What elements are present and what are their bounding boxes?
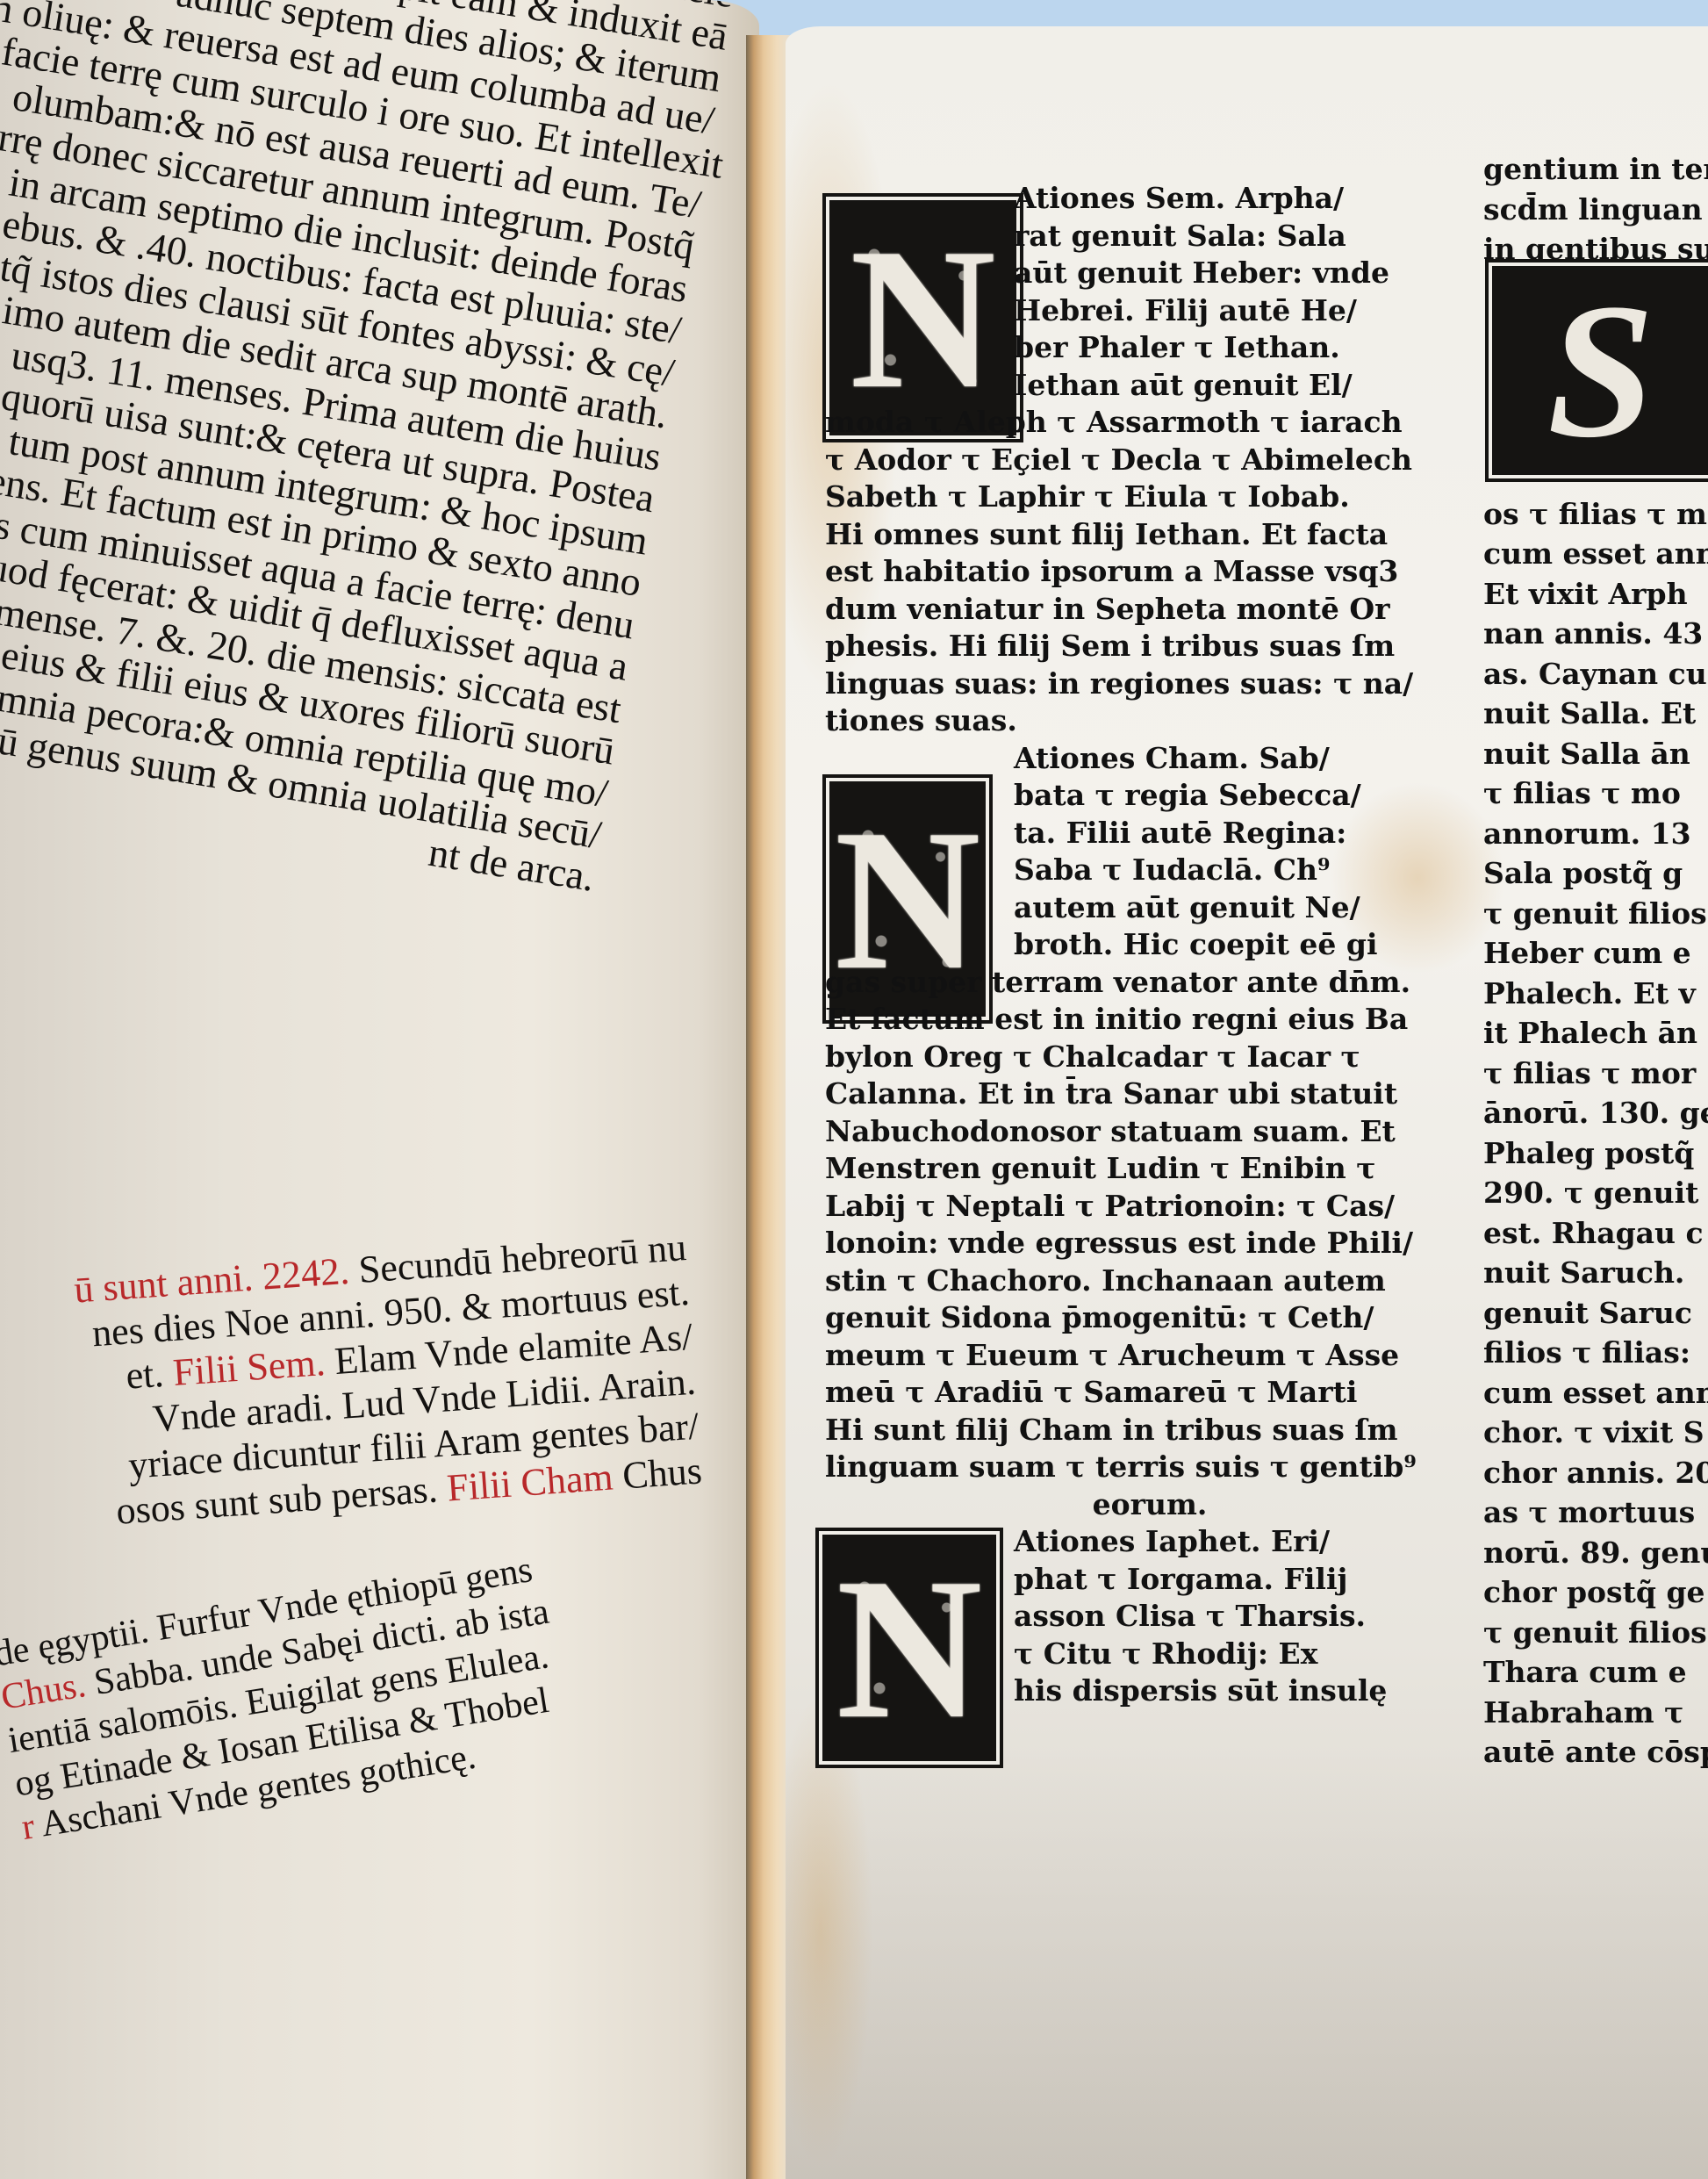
text-line: Hi omnes sunt filij Iethan. Et facta	[825, 516, 1369, 554]
text-line: τ genuit filios	[1483, 1613, 1708, 1653]
text-line: τ genuit filios	[1483, 894, 1708, 934]
text-line: asson Clisa τ Tharsis.	[825, 1598, 1369, 1636]
left-page-upper-text: aqua erat super omnem faciē arca: Noe ac…	[0, 0, 737, 899]
text-line: Menstren genuit Ludin τ Enibin τ	[825, 1150, 1369, 1188]
text-line: Sala postq̃ g	[1483, 853, 1708, 894]
text-line: 290. τ genuit f	[1483, 1173, 1708, 1213]
text-line: norū. 89. genu	[1483, 1533, 1708, 1573]
main-text-column: Ationes Sem. Arpha/ rat genuit Sala: Sal…	[825, 180, 1369, 1710]
text-line: nuit Salla ān	[1483, 734, 1708, 774]
text-line: stin τ Chachoro. Inchanaan autem	[825, 1262, 1369, 1300]
text-line: as. Caynan cu	[1483, 654, 1708, 694]
text-line: aūt genuit Heber: vnde	[825, 255, 1369, 292]
text-line: phesis. Hi filij Sem i tribus suas ſm	[825, 628, 1369, 665]
rubric-text: Filii Cham	[446, 1455, 614, 1509]
text-line: chor. τ vixit S	[1483, 1413, 1708, 1453]
text-line: Iethan aūt genuit El/	[825, 367, 1369, 405]
text-line: cum esset ann	[1483, 1373, 1708, 1413]
text-line: genuit Saruc	[1483, 1293, 1708, 1334]
text-line: est. Rhagau c	[1483, 1213, 1708, 1254]
text-line: moda τ Aleph τ Assarmoth τ iarach	[825, 404, 1369, 442]
text-line: ānorū. 130. ge	[1483, 1093, 1708, 1133]
foxing-stain	[786, 1694, 873, 2168]
text-span: et.	[125, 1351, 175, 1398]
text-line: Ationes Sem. Arpha/	[825, 180, 1369, 218]
text-line: Phaleg postq̃	[1483, 1133, 1708, 1174]
text-line: Phalech. Et v	[1483, 974, 1708, 1014]
text-line: Thara cum e	[1483, 1652, 1708, 1693]
text-line: dum veniatur in Sepheta montē Or	[825, 591, 1369, 629]
initial-letter: S	[1496, 270, 1706, 471]
text-line: annorum. 13	[1483, 814, 1708, 854]
text-line: Saba τ Iudaclā. Ch⁹	[825, 852, 1369, 889]
text-line: gentium in ter	[1483, 149, 1708, 190]
text-line: gas super terram venator ante dn̄m.	[825, 964, 1369, 1002]
text-line: bata τ regia Sebecca/	[825, 777, 1369, 815]
text-line: nan annis. 43	[1483, 614, 1708, 654]
text-line: genuit Sidona p̄mogenitū: τ Ceth/	[825, 1299, 1369, 1337]
text-line: chor postq̃ ge	[1483, 1572, 1708, 1613]
text-line: bylon Oreg τ Chalcadar τ Iacar τ	[825, 1039, 1369, 1076]
text-line: broth. Hic coepit eē gi	[825, 926, 1369, 964]
text-line: his dispersis sūt insulę	[825, 1672, 1369, 1710]
text-line: lonoin: vnde egressus est inde Phili/	[825, 1225, 1369, 1262]
text-line: Ationes Iaphet. Eri/	[825, 1523, 1369, 1561]
text-line: ber Phaler τ Iethan.	[825, 329, 1369, 367]
text-line: autē ante cōsp	[1483, 1732, 1708, 1773]
text-line: Calanna. Et in t̄ra Sanar ubi statuit	[825, 1075, 1369, 1113]
text-line: Ationes Cham. Sab/	[825, 740, 1369, 778]
left-page-bottom-text: de ęgyptii. Furfur Vnde ęthiopū gens Chu…	[0, 1528, 685, 1850]
text-span: Chus	[612, 1449, 704, 1498]
text-line: τ Citu τ Rhodij: Ex	[825, 1636, 1369, 1673]
text-line: est habitatio ipsorum a Masse vsq3	[825, 553, 1369, 591]
text-line: linguas suas: in regiones suas: τ na/	[825, 665, 1369, 703]
text-line: tiones suas.	[825, 702, 1369, 740]
text-line: Nabuchodonosor statuam suam. Et	[825, 1113, 1369, 1151]
text-line: τ filias τ mor	[1483, 1054, 1708, 1094]
text-line: filios τ filias:	[1483, 1333, 1708, 1373]
text-line: Heber cum e	[1483, 933, 1708, 974]
text-line: nuit Saruch.	[1483, 1253, 1708, 1293]
text-line: τ filias τ mo	[1483, 773, 1708, 814]
text-line: Sabeth τ Laphir τ Eiula τ Iobab.	[825, 478, 1369, 516]
left-page-lower-text: ū sunt anni. 2242. Secundū hebreorū nu n…	[0, 1225, 703, 1542]
text-line: it Phalech ān	[1483, 1013, 1708, 1054]
text-line: Hebrei. Filij autē He/	[825, 292, 1369, 330]
text-line: autem aūt genuit Ne/	[825, 889, 1369, 927]
text-line: rat genuit Sala: Sala	[825, 218, 1369, 255]
left-page: aqua erat super omnem faciē arca: Noe ac…	[0, 0, 759, 2179]
text-line: meum τ Eueum τ Arucheum τ Asse	[825, 1337, 1369, 1375]
text-line: cum esset ann	[1483, 534, 1708, 574]
text-line: τ Aodor τ Eçiel τ Decla τ Abimelech	[825, 442, 1369, 479]
text-line: Hi sunt filij Cham in tribus suas ſm	[825, 1412, 1369, 1449]
text-line: Et vixit Arph	[1483, 574, 1708, 615]
text-line: as τ mortuus	[1483, 1492, 1708, 1533]
text-line: meū τ Aradiū τ Samareū τ Marti	[825, 1374, 1369, 1412]
text-line: Habraham τ	[1483, 1693, 1708, 1733]
text-line: ta. Filii autē Regina:	[825, 815, 1369, 852]
text-line: linguam suam τ terris suis τ gentib⁹	[825, 1449, 1369, 1486]
woodcut-initial-s: S	[1492, 266, 1708, 475]
book-gutter	[746, 35, 790, 2179]
text-line: chor annis. 20	[1483, 1453, 1708, 1493]
text-line: Labij τ Neptali τ Patrionoin: τ Cas/	[825, 1188, 1369, 1226]
text-line: nuit Salla. Et	[1483, 694, 1708, 734]
text-line: scd̄m linguan	[1483, 190, 1708, 230]
text-line: eorum.	[825, 1486, 1369, 1524]
text-line: os τ filias τ m	[1483, 494, 1708, 535]
right-page: N N N Ationes Sem. Arpha/ rat genuit Sal…	[786, 26, 1708, 2179]
text-line: phat τ Iorgama. Filij	[825, 1561, 1369, 1599]
text-line: Et factum est in initio regni eius Ba	[825, 1001, 1369, 1039]
